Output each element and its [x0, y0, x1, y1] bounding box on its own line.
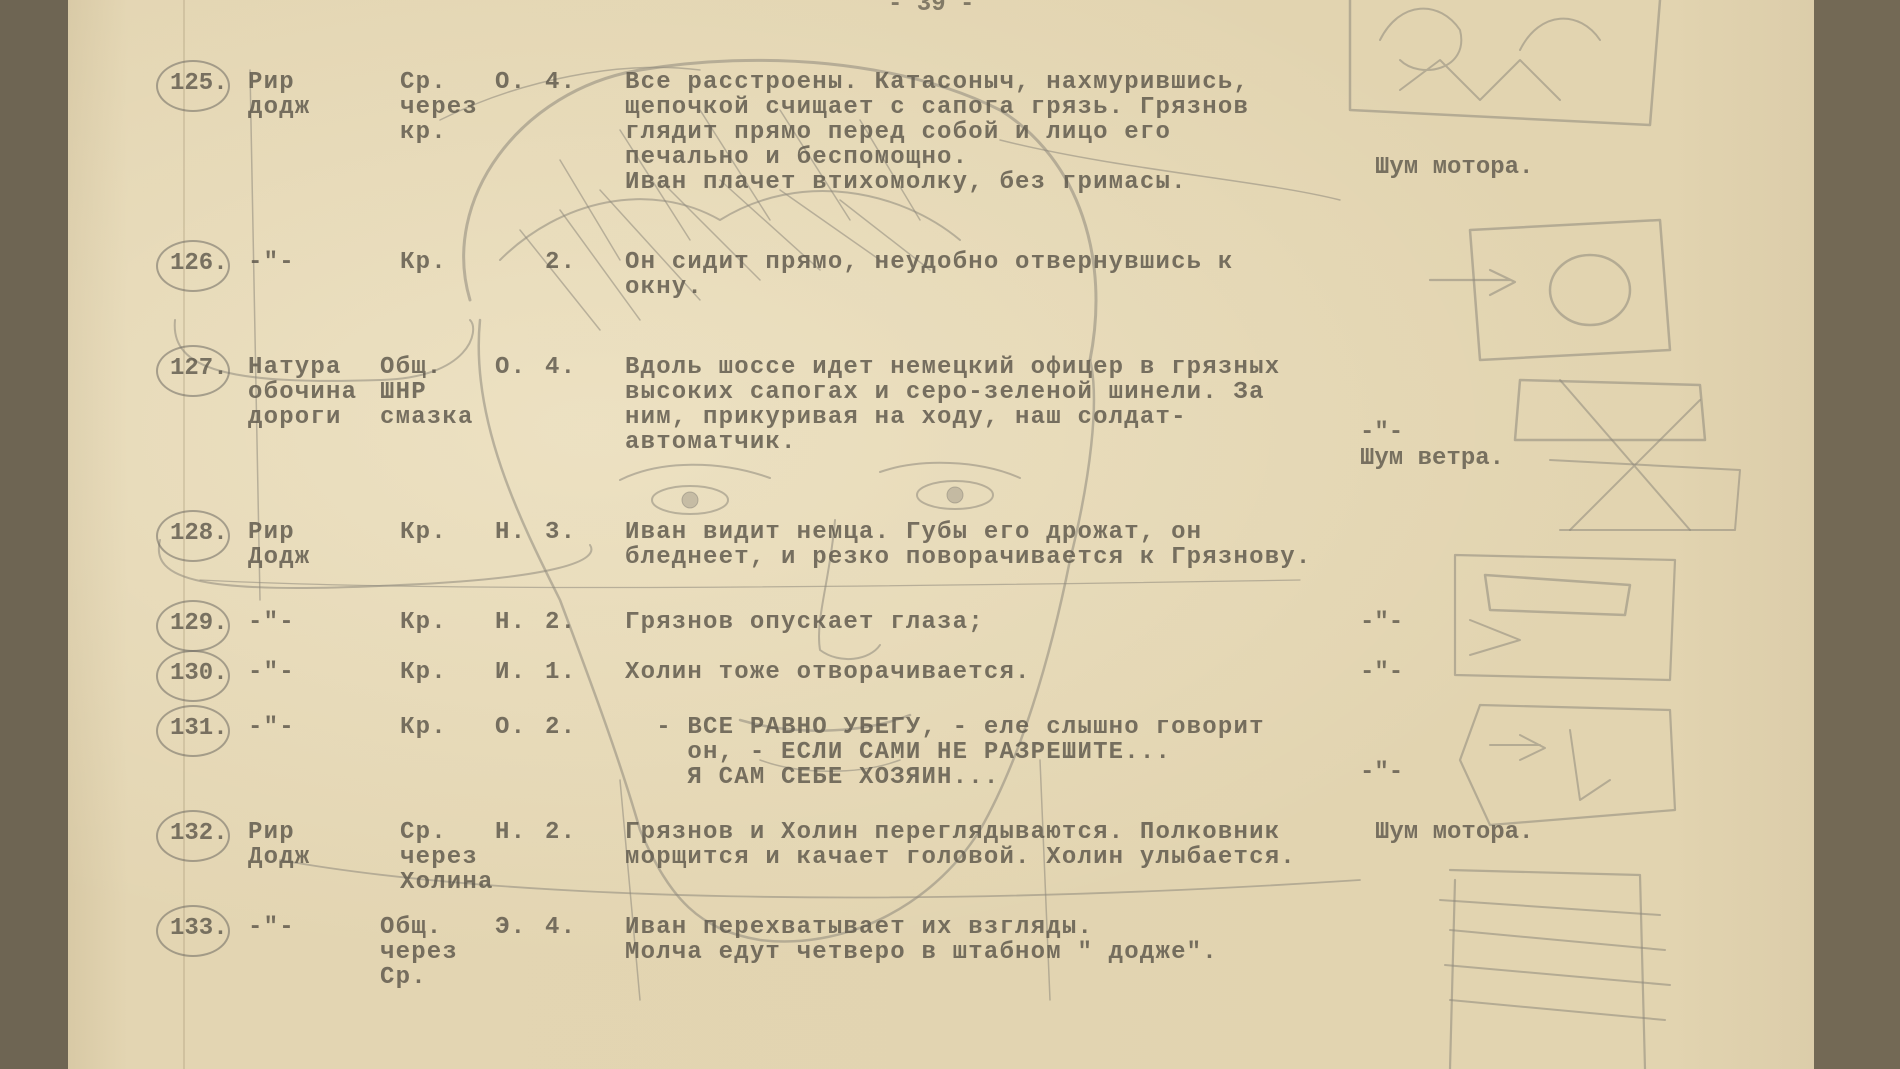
shot-duration: 2.	[545, 610, 576, 635]
shot-duration: 4.	[545, 915, 576, 940]
shot-size: Общ. через Ср.	[380, 915, 458, 990]
shot-description: Грязнов опускает глаза;	[625, 610, 984, 635]
shot-number: 127.	[170, 355, 228, 382]
shot-number: 133.	[170, 915, 228, 942]
shot-size: Кр.	[400, 660, 447, 685]
shot-duration: 3.	[545, 520, 576, 545]
shot-size: Общ. ШНР смазка	[380, 355, 474, 430]
shot-description: Все расстроены. Катасоныч, нахмурившись,…	[625, 70, 1249, 195]
sound-note: -"-	[1360, 660, 1403, 686]
shot-size: Кр.	[400, 520, 447, 545]
shot-description: - ВСЕ РАВНО УБЕГУ, - еле слышно говорит …	[625, 715, 1265, 790]
shot-description: Он сидит прямо, неудобно отвернувшись к …	[625, 250, 1234, 300]
page-number: - 39 -	[888, 0, 974, 18]
shot-location: Натура обочина дороги	[248, 355, 357, 430]
shot-location: -"-	[248, 250, 295, 275]
scan-border-right	[1814, 0, 1900, 1069]
shot-lens: Н.	[495, 610, 526, 635]
shot-description: Иван видит немца. Губы его дрожат, он бл…	[625, 520, 1312, 570]
shot-lens: Н.	[495, 520, 526, 545]
shot-lens: О.	[495, 715, 526, 740]
shot-size: Ср. через кр.	[400, 70, 478, 145]
shot-location: -"-	[248, 715, 295, 740]
shot-number: 126.	[170, 250, 228, 277]
shot-duration: 2.	[545, 250, 576, 275]
sound-note: Шум мотора.	[1375, 820, 1533, 846]
shot-number: 131.	[170, 715, 228, 742]
shot-location: Рир додж	[248, 70, 310, 120]
shot-location: Рир Додж	[248, 520, 310, 570]
shot-size: Кр.	[400, 715, 447, 740]
shot-number: 129.	[170, 610, 228, 637]
shot-duration: 2.	[545, 820, 576, 845]
shot-number: 130.	[170, 660, 228, 687]
shot-size: Кр.	[400, 250, 447, 275]
shot-lens: Н.	[495, 820, 526, 845]
sound-note: Шум мотора.	[1375, 155, 1533, 181]
shot-lens: О.	[495, 70, 526, 95]
shot-number: 128.	[170, 520, 228, 547]
sound-note: -"-	[1360, 760, 1403, 786]
shot-size: Кр.	[400, 610, 447, 635]
shot-number: 132.	[170, 820, 228, 847]
shot-size: Ср. через Холина	[400, 820, 494, 895]
shot-description: Холин тоже отворачивается.	[625, 660, 1031, 685]
shot-lens: И.	[495, 660, 526, 685]
shot-duration: 4.	[545, 355, 576, 380]
shot-location: -"-	[248, 610, 295, 635]
shot-location: -"-	[248, 915, 295, 940]
sound-note: -"-	[1360, 610, 1403, 636]
shot-number: 125.	[170, 70, 228, 97]
shot-description: Грязнов и Холин переглядываются. Полковн…	[625, 820, 1296, 870]
shot-location: Рир Додж	[248, 820, 310, 870]
shot-description: Иван перехватывает их взгляды. Молча еду…	[625, 915, 1218, 965]
shot-duration: 1.	[545, 660, 576, 685]
shot-lens: О.	[495, 355, 526, 380]
shot-lens: Э.	[495, 915, 526, 940]
sound-note: -"- Шум ветра.	[1360, 420, 1504, 472]
scan-border-left	[0, 0, 68, 1069]
shot-location: -"-	[248, 660, 295, 685]
shot-duration: 4.	[545, 70, 576, 95]
shot-description: Вдоль шоссе идет немецкий офицер в грязн…	[625, 355, 1280, 455]
shot-duration: 2.	[545, 715, 576, 740]
